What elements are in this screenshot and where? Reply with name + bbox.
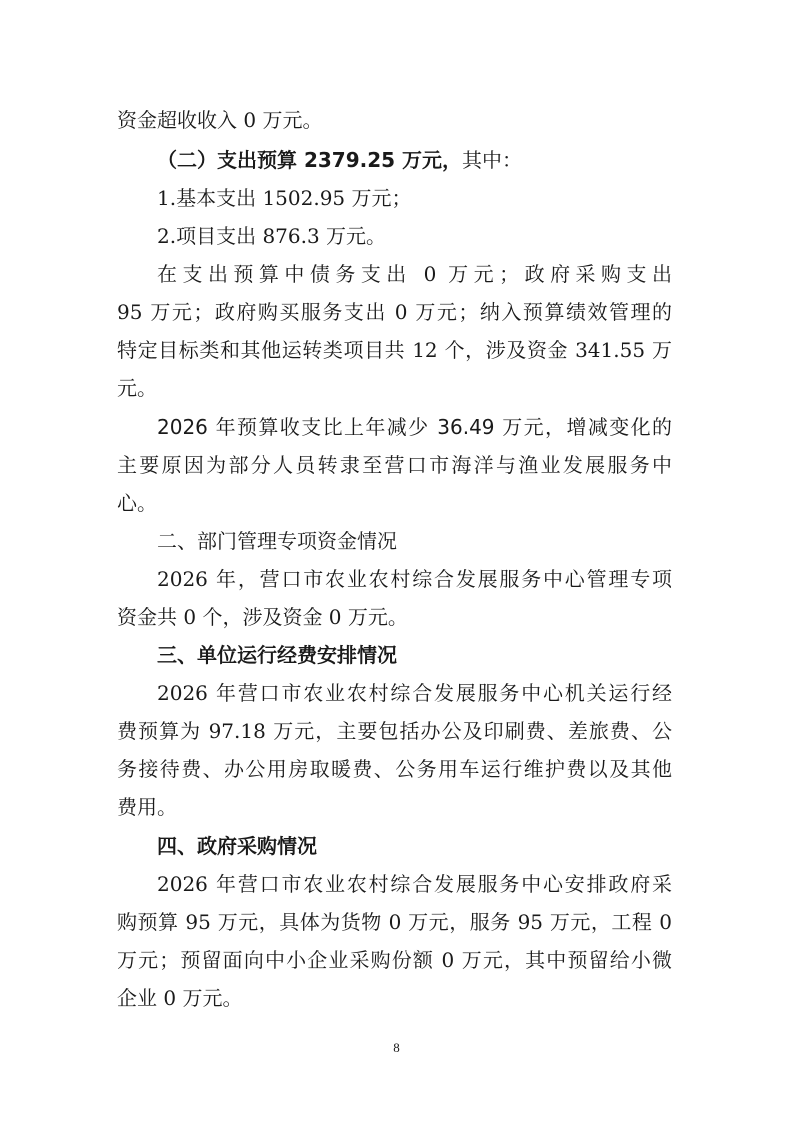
paragraph-line: 费预算为 97.18 万元，主要包括办公及印刷费、差旅费、公 [117, 719, 672, 743]
section-heading-special-funds: 二、部门管理专项资金情况 [157, 529, 672, 553]
list-item-basic-expenditure: 1.基本支出 1502.95 万元； [157, 186, 672, 210]
paragraph-line: 心。 [117, 491, 672, 515]
paragraph-line: 2026 年预算收支比上年减少 36.49 万元，增减变化的 [157, 415, 672, 439]
paragraph-line: 资金超收收入 0 万元。 [117, 108, 672, 132]
paragraph-line: 务接待费、办公用房取暖费、公务用车运行维护费以及其他 [117, 757, 672, 781]
heading-bold-text: （二）支出预算 2379.25 万元， [157, 148, 462, 172]
paragraph-line: 主要原因为部分人员转隶至营口市海洋与渔业发展服务中 [117, 453, 672, 477]
paragraph-line: 2026 年营口市农业农村综合发展服务中心机关运行经 [157, 681, 672, 705]
paragraph-line: 元。 [117, 376, 672, 400]
heading-normal-text: 其中： [462, 148, 522, 172]
paragraph-line: 2026 年营口市农业农村综合发展服务中心安排政府采 [157, 872, 672, 896]
paragraph-line: 2026 年，营口市农业农村综合发展服务中心管理专项 [157, 567, 672, 591]
paragraph-line: 购预算 95 万元，具体为货物 0 万元，服务 95 万元，工程 0 [117, 910, 672, 934]
section-heading-operating-expenses: 三、单位运行经费安排情况 [157, 643, 672, 667]
paragraph-line: 95 万元；政府购买服务支出 0 万元；纳入预算绩效管理的 [117, 300, 672, 324]
paragraph-line: 资金共 0 个，涉及资金 0 万元。 [117, 605, 672, 629]
paragraph-line: 特定目标类和其他运转类项目共 12 个，涉及资金 341.55 万 [117, 338, 672, 362]
paragraph-line: 企业 0 万元。 [117, 986, 672, 1010]
paragraph-line: 万元；预留面向中小企业采购份额 0 万元，其中预留给小微 [117, 948, 672, 972]
section-heading-government-procurement: 四、政府采购情况 [157, 834, 672, 858]
page-number: 8 [0, 1040, 793, 1056]
paragraph-line: 费用。 [117, 795, 672, 819]
list-item-project-expenditure: 2.项目支出 876.3 万元。 [157, 224, 672, 248]
paragraph-line: 在支出预算中债务支出 0 万元；政府采购支出 [157, 262, 672, 286]
section-heading-expenditure: （二）支出预算 2379.25 万元，其中： [157, 148, 672, 172]
